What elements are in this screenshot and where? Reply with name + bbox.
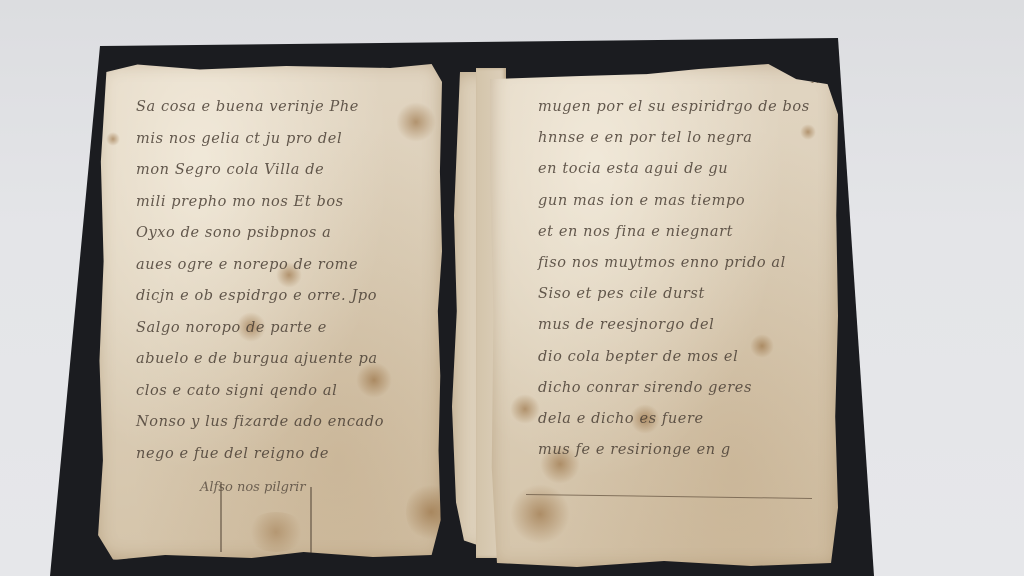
handwritten-line: Oyxo de sono psibpnos a bbox=[136, 218, 420, 250]
handwritten-line: Salgo noropo de parte e bbox=[136, 313, 420, 345]
handwritten-line: nego e fue del reigno de bbox=[136, 439, 420, 471]
manuscript-folio-right: 10 mugen por el su espiridrgo de bos hnn… bbox=[490, 64, 838, 568]
handwritten-line: clos e cato signi qendo al bbox=[136, 376, 420, 408]
handwritten-line: mugen por el su espiridrgo de bos bbox=[538, 92, 816, 123]
handwritten-line: mus de reesjnorgo del bbox=[538, 310, 816, 341]
handwritten-line: dio cola bepter de mos el bbox=[538, 342, 816, 373]
handwritten-line: Nonso y lus fizarde ado encado bbox=[136, 407, 420, 439]
handwritten-line: abuelo e de burgua ajuente pa bbox=[136, 344, 420, 376]
handwritten-line: mis nos gelia ct ju pro del bbox=[136, 124, 420, 156]
handwritten-line: mili prepho mo nos Et bos bbox=[136, 187, 420, 219]
right-text-block: mugen por el su espiridrgo de bos hnnse … bbox=[538, 92, 816, 466]
handwritten-line: dicjn e ob espidrgo e orre. Jpo bbox=[136, 281, 420, 313]
handwritten-line: Sa cosa e buena verinje Phe bbox=[136, 92, 420, 124]
handwritten-line: mus fe e resirionge en g bbox=[538, 435, 816, 466]
handwritten-line: mon Segro cola Villa de bbox=[136, 155, 420, 187]
handwritten-line: fiso nos muytmos enno prido al bbox=[538, 248, 816, 279]
ruled-line bbox=[526, 494, 812, 499]
handwritten-line: aues ogre e norepo de rome bbox=[136, 250, 420, 282]
left-text-block: Sa cosa e buena verinje Phe mis nos geli… bbox=[136, 92, 420, 470]
handwritten-line: hnnse e en por tel lo negra bbox=[538, 123, 816, 154]
manuscript-folio-left: Sa cosa e buena verinje Phe mis nos geli… bbox=[96, 62, 442, 560]
handwritten-line: gun mas ion e mas tiempo bbox=[538, 186, 816, 217]
handwritten-line: en tocia esta agui de gu bbox=[538, 154, 816, 185]
signature-flourish bbox=[310, 487, 312, 557]
signature: Alfso nos pilgrir bbox=[200, 480, 306, 495]
handwritten-line: et en nos fina e niegnart bbox=[538, 217, 816, 248]
signature-flourish bbox=[220, 482, 222, 552]
handwritten-line: dicho conrar sirendo geres bbox=[538, 373, 816, 404]
handwritten-line: dela e dicho es fuere bbox=[538, 404, 816, 435]
handwritten-line: Siso et pes cile durst bbox=[538, 279, 816, 310]
